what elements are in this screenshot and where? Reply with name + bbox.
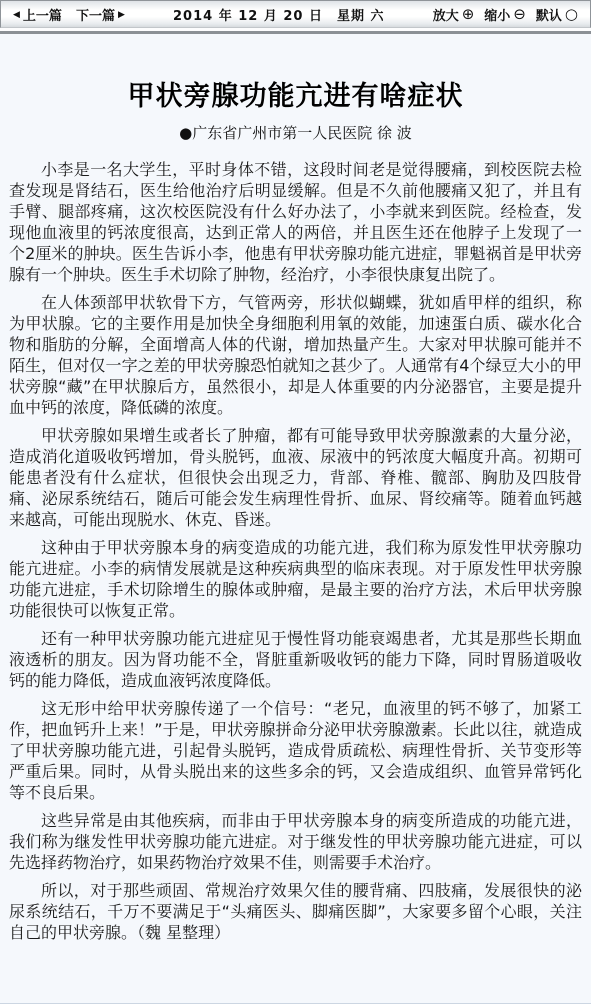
next-article-label: 下一篇	[76, 5, 115, 24]
zoom-out-label: 缩小	[484, 5, 510, 24]
article-paragraph: 这无形中给甲状旁腺传递了一个信号：“老兄，血液里的钙不够了，加紧工作，把血钙升上…	[9, 698, 582, 803]
prev-article-button[interactable]: ◀ 上一篇	[13, 5, 62, 24]
article-body: 小李是一名大学生，平时身体不错，这段时间老是觉得腰痛，到校医院去检查发现是肾结石…	[9, 159, 582, 943]
zoom-controls: 放大 ⊕ 缩小 ⊖ 默认 ○	[433, 5, 578, 24]
right-arrow-icon: ▶	[118, 10, 125, 20]
article-paragraph: 这种由于甲状旁腺本身的病变造成的功能亢进，我们称为原发性甲状旁腺功能亢进症。小李…	[9, 537, 582, 621]
zoom-in-button[interactable]: 放大 ⊕	[433, 5, 475, 24]
article-byline: ●广东省广州市第一人民医院 徐 波	[9, 125, 582, 142]
zoom-in-label: 放大	[433, 5, 459, 24]
article-paragraph: 在人体颈部甲状软骨下方，气管两旁，形状似蝴蝶，犹如盾甲样的组织，称为甲状腺。它的…	[9, 292, 582, 418]
article-paragraph: 甲状旁腺如果增生或者长了肿瘤，都有可能导致甲状旁腺激素的大量分泌，造成消化道吸收…	[9, 425, 582, 530]
reader-toolbar: ◀ 上一篇 下一篇 ▶ 2014 年 12 月 20 日 星期 六 放大 ⊕ 缩…	[0, 0, 591, 28]
separator-bar	[0, 31, 591, 34]
article: 甲状旁腺功能亢进有啥症状 ●广东省广州市第一人民医院 徐 波 小李是一名大学生，…	[0, 82, 591, 943]
article-paragraph: 所以，对于那些顽固、常规治疗效果欠佳的腰背痛、四肢痛，发展很快的泌尿系统结石，千…	[9, 880, 582, 943]
zoom-out-icon: ⊖	[513, 5, 526, 23]
zoom-out-button[interactable]: 缩小 ⊖	[484, 5, 526, 24]
default-zoom-icon: ○	[565, 5, 578, 23]
article-paragraph: 小李是一名大学生，平时身体不错，这段时间老是觉得腰痛，到校医院去检查发现是肾结石…	[9, 159, 582, 285]
date-label: 2014 年 12 月 20 日 星期 六	[173, 5, 385, 24]
default-zoom-label: 默认	[536, 5, 562, 24]
article-paragraph: 还有一种甲状旁腺功能亢进症见于慢性肾功能衰竭患者，尤其是那些长期血液透析的朋友。…	[9, 628, 582, 691]
article-paragraph: 这些异常是由其他疾病，而非由于甲状旁腺本身的病变所造成的功能亢进，我们称为继发性…	[9, 810, 582, 873]
article-title: 甲状旁腺功能亢进有啥症状	[9, 82, 582, 112]
article-nav-group: ◀ 上一篇 下一篇 ▶	[13, 5, 125, 24]
default-zoom-button[interactable]: 默认 ○	[536, 5, 578, 24]
left-arrow-icon: ◀	[13, 10, 20, 20]
next-article-button[interactable]: 下一篇 ▶	[76, 5, 125, 24]
zoom-in-icon: ⊕	[462, 5, 475, 23]
prev-article-label: 上一篇	[23, 5, 62, 24]
